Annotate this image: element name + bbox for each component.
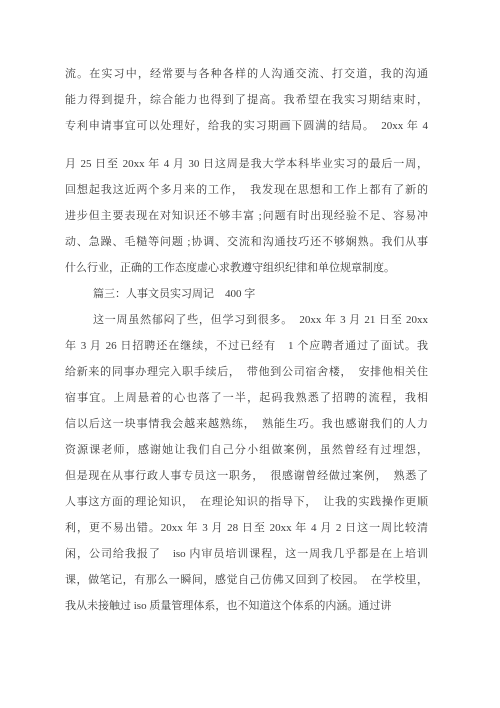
text-line-14: 信以后这一块事情我会越来越熟练， 熟能生巧。我也感谢我们的人力 (65, 411, 428, 437)
text-line-10: 这一周虽然郁闷了些，但学习到很多。 20xx 年 3 月 21 日至 20xx (65, 307, 428, 333)
text-line-6: 进步但主要表现在对知识还不够丰富 ;问题有时出现经验不足、容易冲 (65, 203, 428, 229)
text-line-19: 闲，公司给我报了 iso 内审员培训课程，这一周我几乎都是在上培训 (65, 541, 428, 567)
document-page: 流。在实习中，经常要与各种各样的人沟通交流、打交道，我的沟通 能力得到提升，综合… (0, 0, 500, 708)
text-line-21: 我从未接触过 iso 质量管理体系，也不知道这个体系的内涵。通过讲 (65, 593, 428, 619)
text-line-17: 人事这方面的理论知识， 在理论知识的指导下， 让我的实践操作更顺 (65, 489, 428, 515)
text-line-16: 但是现在从事行政人事专员这一职务， 很感谢曾经做过案例， 熟悉了 (65, 463, 428, 489)
text-line-15: 资源课老师，感谢她让我们自己分小组做案例，虽然曾经有过埋怨， (65, 437, 428, 463)
text-line-12: 给新来的同事办理完入职手续后， 带他到公司宿舍楼， 安排他相关住 (65, 359, 428, 385)
document-text: 流。在实习中，经常要与各种各样的人沟通交流、打交道，我的沟通 能力得到提升，综合… (65, 61, 428, 619)
text-line-7: 动、急躁、毛糙等问题 ;协调、交流和沟通技巧还不够娴熟。我们从事 (65, 229, 428, 255)
text-line-5: 回想起我这近两个多月来的工作， 我发现在思想和工作上都有了新的 (65, 177, 428, 203)
text-line-3: 专利申请事宜可以处理好，给我的实习期画下圆满的结局。 20xx 年 4 (65, 113, 428, 139)
text-line-18: 利，更不易出错。20xx 年 3 月 28 日至 20xx 年 4 月 2 日这… (65, 515, 428, 541)
text-line-4: 月 25 日至 20xx 年 4 月 30 日这周是我大学本科毕业实习的最后一周… (65, 151, 428, 177)
text-line-1: 流。在实习中，经常要与各种各样的人沟通交流、打交道，我的沟通 (65, 61, 428, 87)
text-line-13: 宿事宜。上周悬着的心也落了一半，起码我熟悉了招聘的流程，我相 (65, 385, 428, 411)
text-line-20: 课，做笔记，有那么一瞬间，感觉自己仿佛又回到了校园。 在学校里， (65, 567, 428, 593)
text-line-8: 什么行业，正确的工作态度虚心求教遵守组织纪律和单位规章制度。 (65, 255, 428, 281)
text-line-9-section-heading: 篇三：人事文员实习周记 400 字 (65, 281, 428, 307)
text-line-2: 能力得到提升，综合能力也得到了提高。我希望在我实习期结束时， (65, 87, 428, 113)
text-line-11: 年 3 月 26 日招聘还在继续，不过已经有 1 个应聘者通过了面试。我 (65, 333, 428, 359)
